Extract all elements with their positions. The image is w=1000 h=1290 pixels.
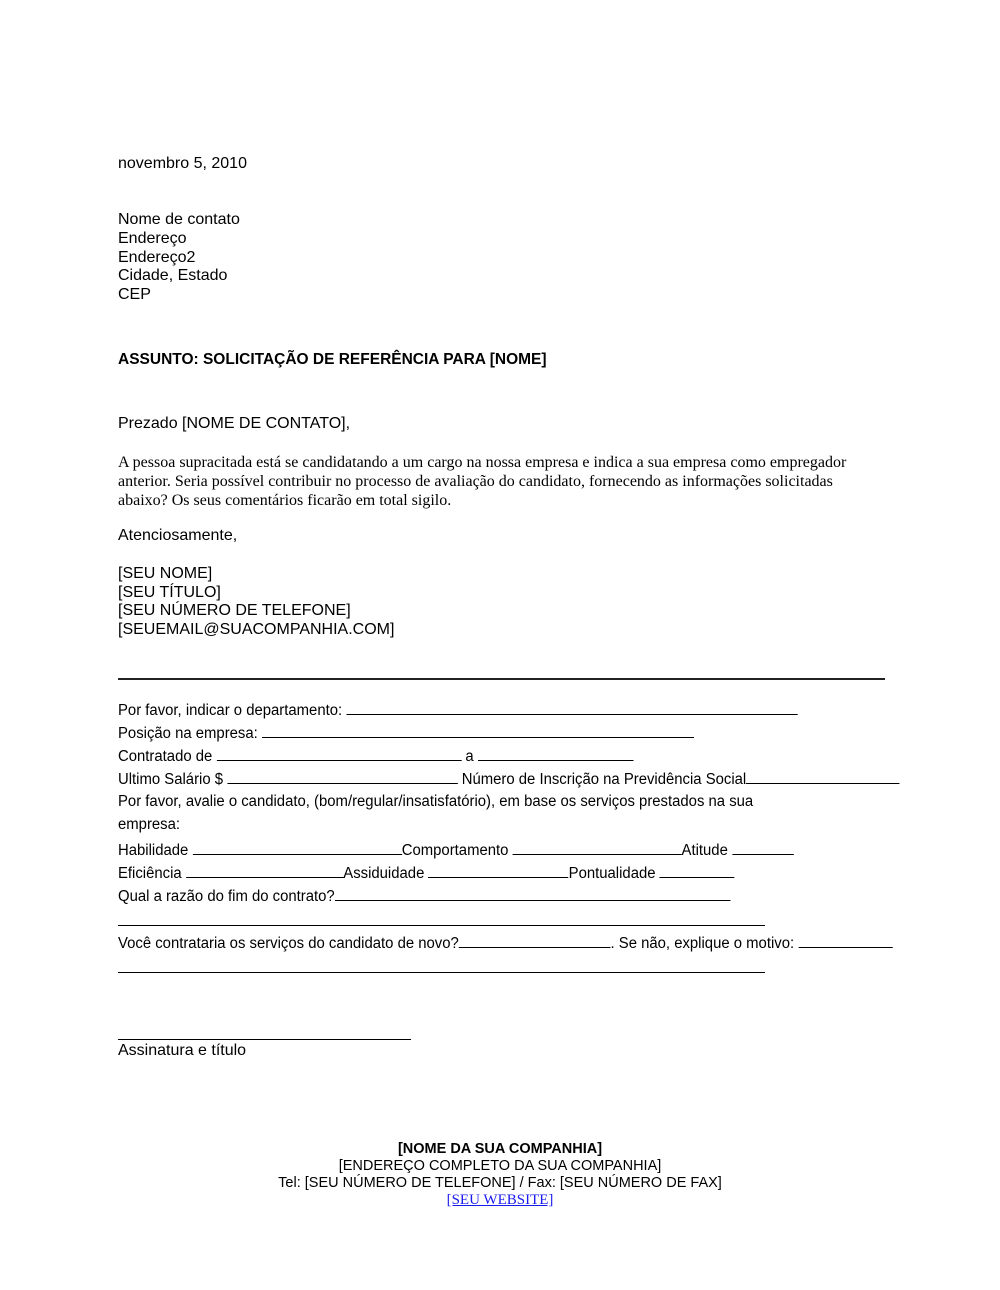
footer-company-name: [NOME DA SUA COMPANHIA] (0, 1141, 1000, 1159)
rehire-label: Você contrataria os serviços do candidat… (118, 935, 459, 952)
form-row-termination: Qual a razão do fim do contrato? (118, 886, 730, 906)
recipient-contact-name: Nome de contato (118, 211, 240, 230)
attendance-label: Assiduidade (343, 865, 424, 882)
form-row-position: Posição na empresa: (118, 723, 694, 743)
behavior-field[interactable] (513, 840, 682, 855)
footer-company-address: [ENDEREÇO COMPLETO DA SUA COMPANHIA] (0, 1158, 1000, 1176)
hired-from-label: Contratado de (118, 748, 212, 765)
hired-to-label: a (465, 748, 473, 765)
footer-website-row: [SEU WEBSITE] (0, 1192, 1000, 1210)
rehire-explain-field[interactable] (798, 933, 892, 948)
body-paragraph: A pessoa supracitada está se candidatand… (118, 453, 888, 510)
form-row-hired: Contratado de a (118, 746, 633, 766)
recipient-zip: CEP (118, 286, 151, 305)
recipient-city-state: Cidade, Estado (118, 267, 227, 286)
department-field[interactable] (346, 700, 797, 715)
rehire-explain-label: . Se não, explique o motivo: (610, 935, 794, 952)
form-rating-prompt-1: Por favor, avalie o candidato, (bom/regu… (118, 793, 753, 811)
rehire-field[interactable] (459, 933, 611, 948)
department-label: Por favor, indicar o departamento: (118, 702, 342, 719)
termination-reason-field[interactable] (335, 886, 731, 901)
sender-title: [SEU TÍTULO] (118, 584, 221, 603)
recipient-address2: Endereço2 (118, 249, 195, 268)
section-divider (118, 678, 885, 680)
recipient-address1: Endereço (118, 230, 187, 249)
skill-field[interactable] (192, 840, 401, 855)
body-line: A pessoa supracitada está se candidatand… (118, 453, 888, 472)
efficiency-field[interactable] (186, 863, 343, 878)
last-salary-field[interactable] (227, 769, 457, 784)
salutation: Prezado [NOME DE CONTATO], (118, 415, 350, 434)
footer-contact-line: Tel: [SEU NÚMERO DE TELEFONE] / Fax: [SE… (0, 1175, 1000, 1193)
last-salary-label: Ultimo Salário $ (118, 771, 223, 788)
skill-label: Habilidade (118, 842, 188, 859)
form-row-rehire: Você contrataria os serviços do candidat… (118, 933, 892, 953)
sender-name: [SEU NOME] (118, 565, 212, 584)
sender-phone: [SEU NÚMERO DE TELEFONE] (118, 602, 351, 621)
termination-reason-extra-line[interactable] (118, 925, 765, 926)
body-line: abaixo? Os seus comentários ficarão em t… (118, 491, 888, 510)
closing: Atenciosamente, (118, 527, 237, 546)
hired-from-field[interactable] (216, 746, 461, 761)
hired-to-field[interactable] (478, 746, 634, 761)
termination-reason-label: Qual a razão do fim do contrato? (118, 888, 335, 905)
attendance-field[interactable] (428, 863, 568, 878)
punctuality-field[interactable] (660, 863, 735, 878)
position-label: Posição na empresa: (118, 725, 258, 742)
behavior-label: Comportamento (402, 842, 509, 859)
form-row-department: Por favor, indicar o departamento: (118, 700, 798, 720)
social-security-label: Número de Inscrição na Previdência Socia… (462, 771, 747, 788)
rehire-explain-extra-line[interactable] (118, 972, 765, 973)
position-field[interactable] (262, 723, 694, 738)
punctuality-label: Pontualidade (569, 865, 656, 882)
subject-line: ASSUNTO: SOLICITAÇÃO DE REFERÊNCIA PARA … (118, 351, 547, 370)
form-row-ratings-2: Eficiência Assiduidade Pontualidade (118, 863, 735, 883)
letter-date: novembro 5, 2010 (118, 155, 247, 174)
footer-website-link[interactable]: [SEU WEBSITE] (447, 1192, 554, 1208)
form-rating-prompt-2: empresa: (118, 816, 180, 834)
efficiency-label: Eficiência (118, 865, 182, 882)
signature-label: Assinatura e título (118, 1042, 246, 1061)
sender-email: [SEUEMAIL@SUACOMPANHIA.COM] (118, 621, 394, 640)
attitude-field[interactable] (732, 840, 793, 855)
form-row-ratings-1: Habilidade Comportamento Atitude (118, 840, 793, 860)
attitude-label: Atitude (682, 842, 728, 859)
form-row-salary: Ultimo Salário $ Número de Inscrição na … (118, 769, 900, 789)
body-line: anterior. Seria possível contribuir no p… (118, 472, 888, 491)
signature-line[interactable] (118, 1039, 411, 1040)
social-security-field[interactable] (746, 769, 900, 784)
